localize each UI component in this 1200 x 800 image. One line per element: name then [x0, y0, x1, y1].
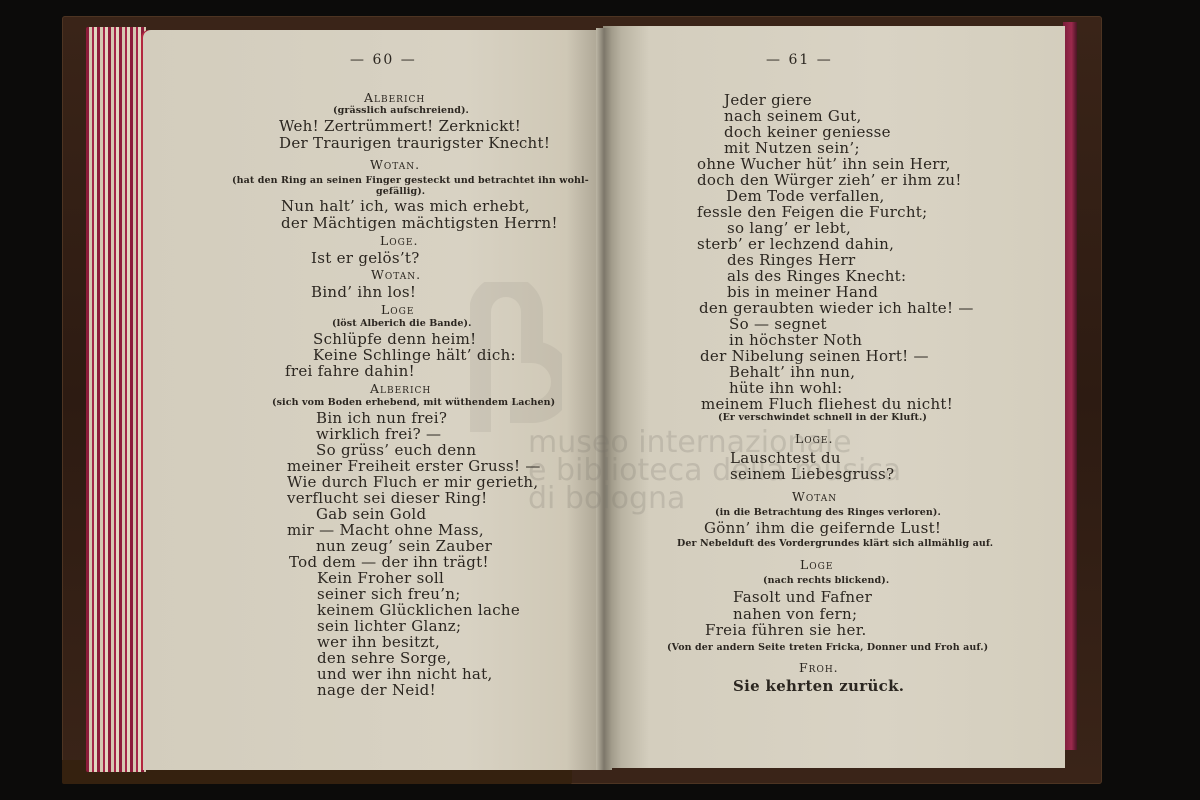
verse-line: den sehre Sorge, — [317, 650, 451, 666]
stage-direction: (Er verschwindet schnell in der Kluft.) — [718, 412, 927, 423]
speaker-name: Loge — [381, 303, 414, 317]
verse-line: der Mächtigen mächtigsten Herrn! — [281, 215, 558, 231]
verse-line: den geraubten wieder ich halte! — — [699, 300, 974, 316]
page-number-right: — 61 — — [766, 52, 833, 68]
verse-line: Bin ich nun frei? — [316, 410, 447, 426]
verse-line: bis in meiner Hand — [727, 284, 878, 300]
stage-direction: (sich vom Boden erhebend, mit wüthendem … — [272, 397, 555, 408]
book-gutter — [596, 28, 612, 770]
verse-line: Tod dem — der ihn trägt! — [289, 554, 489, 570]
verse-line: Sie kehrten zurück. — [733, 678, 904, 694]
speaker-name: Alberich — [364, 91, 425, 105]
verse-line: Bind’ ihn los! — [311, 284, 416, 300]
verse-line: Der Traurigen traurigster Knecht! — [279, 135, 550, 151]
speaker-name: Loge. — [795, 432, 833, 446]
verse-line: seinem Liebesgruss? — [730, 466, 894, 482]
speaker-name: Wotan — [792, 490, 837, 504]
speaker-name: Wotan. — [371, 268, 421, 282]
verse-line: wirklich frei? — — [316, 426, 441, 442]
verse-line: Lauschtest du — [730, 450, 841, 466]
verse-line: seiner sich freu’n; — [317, 586, 461, 602]
verse-line: und wer ihn nicht hat, — [317, 666, 493, 682]
watermark-line-3: di bologna — [528, 484, 685, 514]
verse-line: So — segnet — [729, 316, 827, 332]
verse-line: der Nibelung seinen Hort! — — [700, 348, 929, 364]
page-number-left: — 60 — — [350, 52, 417, 68]
verse-line: fessle den Feigen die Furcht; — [697, 204, 927, 220]
stage-direction: (löst Alberich die Bande). — [332, 318, 472, 329]
stage-direction: gefällig). — [376, 186, 425, 197]
verse-line: des Ringes Herr — [727, 252, 855, 268]
verse-line: meiner Freiheit erster Gruss! — — [287, 458, 541, 474]
verse-line: Jeder giere — [724, 92, 812, 108]
verse-line: Keine Schlinge hält’ dich: — [313, 347, 516, 363]
stage-direction: (hat den Ring an seinen Finger gesteckt … — [232, 175, 589, 186]
verse-line: Fasolt und Fafner — [733, 589, 872, 605]
stage-direction: (nach rechts blickend). — [763, 575, 889, 586]
stage-direction: (Von der andern Seite treten Fricka, Don… — [667, 642, 988, 653]
verse-line: sein lichter Glanz; — [317, 618, 461, 634]
verse-line: mit Nutzen sein’; — [724, 140, 860, 156]
verse-line: Gönn’ ihm die geifernde Lust! — [704, 520, 941, 536]
verse-line: so lang’ er lebt, — [727, 220, 851, 236]
verse-line: doch den Würger zieh’ er ihm zu! — [697, 172, 962, 188]
verse-line: nage der Neid! — [317, 682, 436, 698]
verse-line: Nun halt’ ich, was mich erhebt, — [281, 198, 530, 214]
verse-line: wer ihn besitzt, — [317, 634, 440, 650]
verse-line: Kein Froher soll — [317, 570, 444, 586]
verse-line: Schlüpfe denn heim! — [313, 331, 476, 347]
verse-line: nach seinem Gut, — [724, 108, 862, 124]
verse-line: verflucht sei dieser Ring! — [287, 490, 488, 506]
verse-line: So grüss’ euch denn — [316, 442, 476, 458]
speaker-name: Loge. — [380, 234, 418, 248]
verse-line: mir — Macht ohne Mass, — [287, 522, 484, 538]
verse-line: Ist er gelös’t? — [311, 250, 420, 266]
verse-line: Weh! Zertrümmert! Zerknickt! — [279, 118, 521, 134]
verse-line: doch keiner geniesse — [724, 124, 891, 140]
verse-line: meinem Fluch fliehest du nicht! — [701, 396, 953, 412]
speaker-name: Alberich — [370, 382, 431, 396]
verse-line: Freia führen sie her. — [705, 622, 867, 638]
verse-line: Dem Tode verfallen, — [726, 188, 885, 204]
speaker-name: Loge — [800, 558, 833, 572]
verse-line: frei fahre dahin! — [285, 363, 415, 379]
verse-line: sterb’ er lechzend dahin, — [697, 236, 894, 252]
verse-line: nun zeug’ sein Zauber — [316, 538, 492, 554]
verse-line: in höchster Noth — [729, 332, 862, 348]
verse-line: hüte ihn wohl: — [729, 380, 842, 396]
verse-line: Wie durch Fluch er mir gerieth, — [287, 474, 538, 490]
page-edge-right — [1063, 22, 1077, 750]
speaker-name: Wotan. — [370, 158, 420, 172]
stage-direction: (grässlich aufschreiend). — [333, 105, 469, 116]
verse-line: keinem Glücklichen lache — [317, 602, 520, 618]
page-edges-left — [86, 27, 146, 772]
stage-direction: Der Nebelduft des Vordergrundes klärt si… — [677, 538, 993, 549]
verse-line: Behalt’ ihn nun, — [729, 364, 855, 380]
stage-direction: (in die Betrachtung des Ringes verloren)… — [715, 507, 941, 518]
verse-line: nahen von fern; — [733, 606, 857, 622]
verse-line: als des Ringes Knecht: — [727, 268, 906, 284]
verse-line: Gab sein Gold — [316, 506, 426, 522]
verse-line: ohne Wucher hüt’ ihn sein Herr, — [697, 156, 951, 172]
speaker-name: Froh. — [799, 661, 839, 675]
